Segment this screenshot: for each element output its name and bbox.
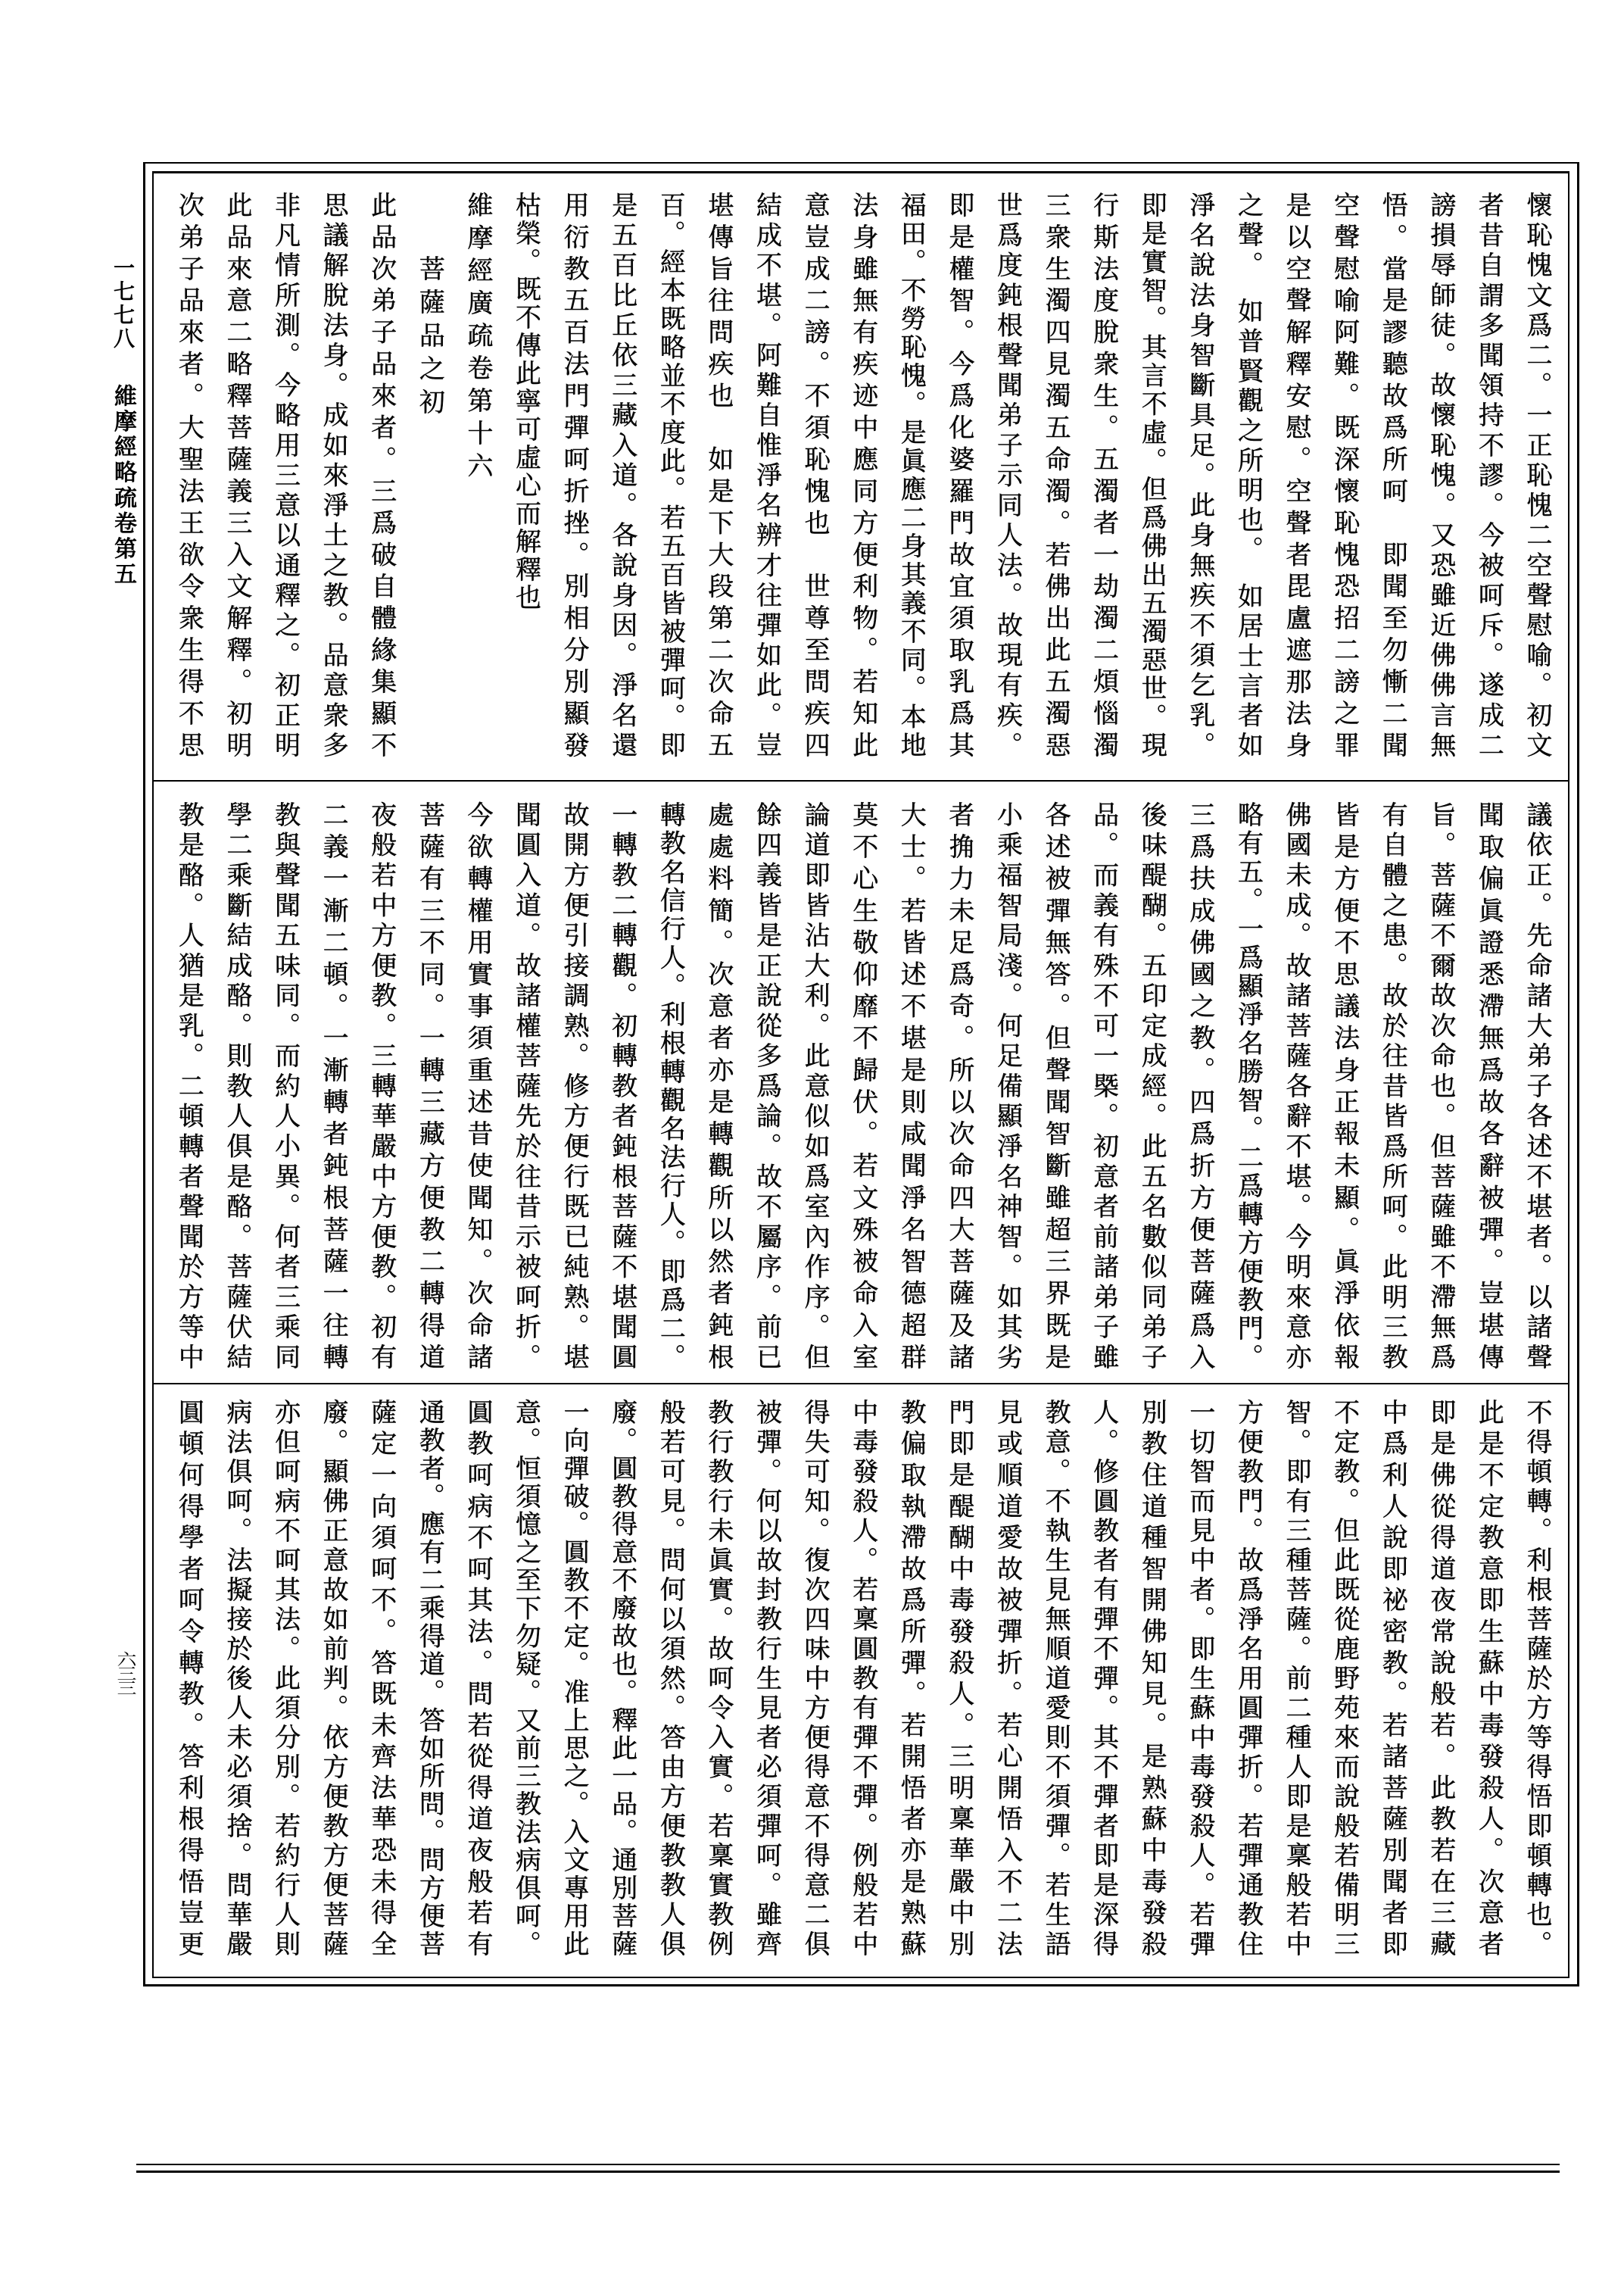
text-column: 皆是方便不思議法身正報未顯。眞淨依報: [1320, 782, 1368, 1383]
text-column: 不定教。但此既從鹿野苑來而說般若備明三: [1320, 1384, 1368, 1977]
text-column: 福田。不勞恥愧。是眞應二身其義不同。本地: [887, 173, 935, 780]
text-column: 今欲轉權用實事須重述昔使聞知。次命諸: [453, 782, 501, 1383]
text-column: 即是佛從得道夜常說般若。此教若在三藏: [1416, 1384, 1464, 1977]
text-column: 中爲利人說即祕密教。若諸菩薩別聞者即: [1368, 1384, 1417, 1977]
text-column: 教意。不執生見無順道愛則不須彈。若生語: [1030, 1384, 1079, 1977]
text-column: 旨。菩薩不爾故次命也。但菩薩雖不滯無爲: [1416, 782, 1464, 1383]
text-column: 結成不堪。阿難自惟淨名辨才往彈如此。豈: [742, 173, 790, 780]
text-column: 病法俱呵。法擬接於後人未必須捨。問華嚴: [212, 1384, 260, 1977]
text-column: 三衆生濁四見濁五命濁。若佛出此五濁惡: [1030, 173, 1079, 780]
text-column: 意。恒須憶之至下勿疑。又前三教法病俱呵。: [501, 1384, 550, 1977]
text-column: 教是酪。人猶是乳。二頓轉者聲聞於方等中: [164, 782, 213, 1383]
text-column: 見或順道愛故被彈折。若心開悟入不二法: [983, 1384, 1031, 1977]
running-title: 維摩經略疏卷第五: [110, 384, 136, 588]
text-column: 處處料簡。次意者亦是轉觀所以然者鈍根: [694, 782, 742, 1383]
text-column: 智。即有三種菩薩。前二種人即是稟般若中: [1271, 1384, 1320, 1977]
text-column: 佛國未成。故諸菩薩各辭不堪。今明來意亦: [1271, 782, 1320, 1383]
register-middle: 議依正。先命諸大弟子各述不堪者。以諸聲 聞取偏眞證悉滯無爲故各辭被彈。豈堪傳 旨…: [164, 782, 1560, 1383]
text-column: 即是實智。其言不虛。但爲佛出五濁惡世。現: [1127, 173, 1176, 780]
text-column: 是五百比丘依三藏入道。各說身因。淨名還: [597, 173, 646, 780]
text-column: 夜般若中方便教。三轉華嚴中方便教。初有: [357, 782, 405, 1383]
text-column: 空聲慰喻阿難。既深懷恥愧恐招二謗之罪: [1320, 173, 1368, 780]
text-column: 轉教名信行人。利根轉觀名法行人。即爲二。: [646, 782, 694, 1383]
text-column: 亦但呵病不呵其法。此須分別。若約行人則: [260, 1384, 309, 1977]
text-column: 三爲扶成佛國之教。四爲折方便菩薩爲入: [1175, 782, 1223, 1383]
text-column: 廢。圓教得意不廢故也。釋此一品。通別菩薩: [597, 1384, 646, 1977]
text-column: 學二乘斷結成酪。則教人俱是酪。菩薩伏結: [212, 782, 260, 1383]
text-column: 意豈成二謗。不須恥愧也 世尊至問疾四: [790, 173, 839, 780]
text-column: 思議解脫法身。成如來淨土之教。品意衆多: [309, 173, 357, 780]
text-column: 中毒發殺人。若稟圓教有彈不彈。例般若中: [838, 1384, 887, 1977]
text-column: 一轉教二轉觀。初轉教者鈍根菩薩不堪聞圓: [597, 782, 646, 1383]
text-column: 被彈。何以故封教行生見者必須彈呵。雖齊: [742, 1384, 790, 1977]
text-column: 論道即皆沾大利。此意似如爲室內作序。但: [790, 782, 839, 1383]
text-column: 餘四義皆是正說從多爲論。故不屬序。前已: [742, 782, 790, 1383]
page-number: 一七七八: [111, 257, 135, 351]
secondary-page-number: 六三三: [113, 1651, 137, 1695]
text-column: 後味醍醐。五印定成經。此五名數似同弟子: [1127, 782, 1176, 1383]
text-column: 故開方便引接調熟。修方便行既已純熟。堪: [550, 782, 598, 1383]
text-column: 略有五。一爲顯淨名勝智。二爲轉方便教門。: [1223, 782, 1272, 1383]
text-column: 圓教呵病不呵其法。問若從得道夜般若有: [453, 1384, 501, 1977]
text-column: 枯榮。既不傳此寧可虛心而解釋也: [501, 173, 550, 780]
text-column: 堪傳旨往問疾也 如是下大段第二次命五: [694, 173, 742, 780]
text-column: 品。而義有殊不可一槩。初意者前諸弟子雖: [1079, 782, 1127, 1383]
text-column: 懷恥愧文爲二。一正恥愧二空聲慰喻。初文: [1512, 173, 1560, 780]
chapter-title: 菩薩品之初: [405, 173, 454, 780]
text-column: 是以空聲解釋安慰。空聲者毘盧遮那法身: [1271, 173, 1320, 780]
text-column: 不得頓轉。利根菩薩於方等得悟即頓轉也。: [1512, 1384, 1560, 1977]
text-column: 般若可見。問何以須然。答由方便教教人俱: [646, 1384, 694, 1977]
text-column: 教偏取執滯故爲所彈。若開悟者亦是熟蘇: [887, 1384, 935, 1977]
register-top: 懷恥愧文爲二。一正恥愧二空聲慰喻。初文 者昔自謂多聞領持不謬。今被呵斥。遂成二 …: [164, 173, 1560, 780]
text-column: 世爲度鈍根聲聞弟子示同人法。故現有疾。: [983, 173, 1031, 780]
text-column: 謗損辱師徒。故懷恥愧。又恐雖近佛佛言無: [1416, 173, 1464, 780]
footer-rule: [136, 2171, 1560, 2173]
text-column: 聞取偏眞證悉滯無爲故各辭被彈。豈堪傳: [1464, 782, 1513, 1383]
text-column: 此是不定教意即生蘇中毒發殺人。次意者: [1464, 1384, 1513, 1977]
text-column: 教與聲聞五味同。而約人小異。何者三乘同: [260, 782, 309, 1383]
text-column: 一切智而見中者。即生蘇中毒發殺人。若彈: [1175, 1384, 1223, 1977]
text-column: 議依正。先命諸大弟子各述不堪者。以諸聲: [1512, 782, 1560, 1383]
text-column: 淨名說法身智斷具足。此身無疾不須乞乳。: [1175, 173, 1223, 780]
text-column: 方便教門。故爲淨名用圓彈折。若彈通教住: [1223, 1384, 1272, 1977]
text-column: 薩定一向須呵不。答既未齊法華恐未得全: [357, 1384, 405, 1977]
text-column: 此品來意二略釋菩薩義三入文解釋。初明: [212, 173, 260, 780]
text-column: 即是權智。今爲化婆羅門故宜須取乳爲其: [934, 173, 983, 780]
text-column: 別教住道種智開佛知見。是熟蘇中毒發殺: [1127, 1384, 1176, 1977]
text-column: 用衍教五百法門彈呵折挫。別相分別顯發: [550, 173, 598, 780]
text-column: 非凡情所測。今略用三意以通釋之。初正明: [260, 173, 309, 780]
text-column: 教行教行未眞實。故呵令入實。若稟實教例: [694, 1384, 742, 1977]
text-column: 得失可知。復次四味中方便得意不得意二俱: [790, 1384, 839, 1977]
text-column: 人。修圓教者有彈不彈。其不彈者即是深得: [1079, 1384, 1127, 1977]
text-column: 圓頓何得學者呵令轉教。答利根得悟豈更: [164, 1384, 213, 1977]
text-column: 者捔力未足爲奇。所以次命四大菩薩及諸: [934, 782, 983, 1383]
text-column: 小乘福智局淺。何足備顯淨名神智。如其劣: [983, 782, 1031, 1383]
text-column: 百。經本既略並不度此。若五百皆被彈呵。即: [646, 173, 694, 780]
text-column: 行斯法度脫衆生。五濁者一劫濁二煩惱濁: [1079, 173, 1127, 780]
text-column: 通教者。應有二乘得道。答如所問。問方便菩: [405, 1384, 454, 1977]
text-column: 大士。若皆述不堪是則咸聞淨名智德超群: [887, 782, 935, 1383]
text-column: 一向彈破。圓教不定。准上思之。入文專用此: [550, 1384, 598, 1977]
text-column: 此品次弟子品來者。三爲破自體緣集顯不: [357, 173, 405, 780]
text-column: 二義一漸二頓。一漸轉者鈍根菩薩一往轉: [309, 782, 357, 1383]
text-column: 次弟子品來者。大聖法王欲令衆生得不思: [164, 173, 213, 780]
text-column: 悟。當是謬聽故爲所呵 即聞至勿慚二聞: [1368, 173, 1417, 780]
scroll-title: 維摩經廣疏卷第十六: [453, 173, 501, 780]
text-column: 之聲。 如普賢觀之所明也。 如居士言者如: [1223, 173, 1272, 780]
text-column: 有自體之患。故於往昔皆爲所呵。此明三教: [1368, 782, 1417, 1383]
register-bottom: 不得頓轉。利根菩薩於方等得悟即頓轉也。 此是不定教意即生蘇中毒發殺人。次意者 即…: [164, 1384, 1560, 1977]
text-column: 菩薩有三不同。一轉三藏方便教二轉得道: [405, 782, 454, 1383]
text-column: 各述被彈無答。但聲聞智斷雖超三界既是: [1030, 782, 1079, 1383]
text-column: 聞圓入道。故諸權菩薩先於往昔示被呵折。: [501, 782, 550, 1383]
text-column: 廢。顯佛正意故如前判。依方便教方便菩薩: [309, 1384, 357, 1977]
text-column: 法身雖無有疾迹中應同方便利物。若知此: [838, 173, 887, 780]
text-column: 莫不心生敬仰靡不歸伏。若文殊被命入室: [838, 782, 887, 1383]
text-column: 者昔自謂多聞領持不謬。今被呵斥。遂成二: [1464, 173, 1513, 780]
footer-rule: [136, 2164, 1560, 2165]
text-column: 門即是醍醐中毒發殺人。三明稟華嚴中別: [934, 1384, 983, 1977]
